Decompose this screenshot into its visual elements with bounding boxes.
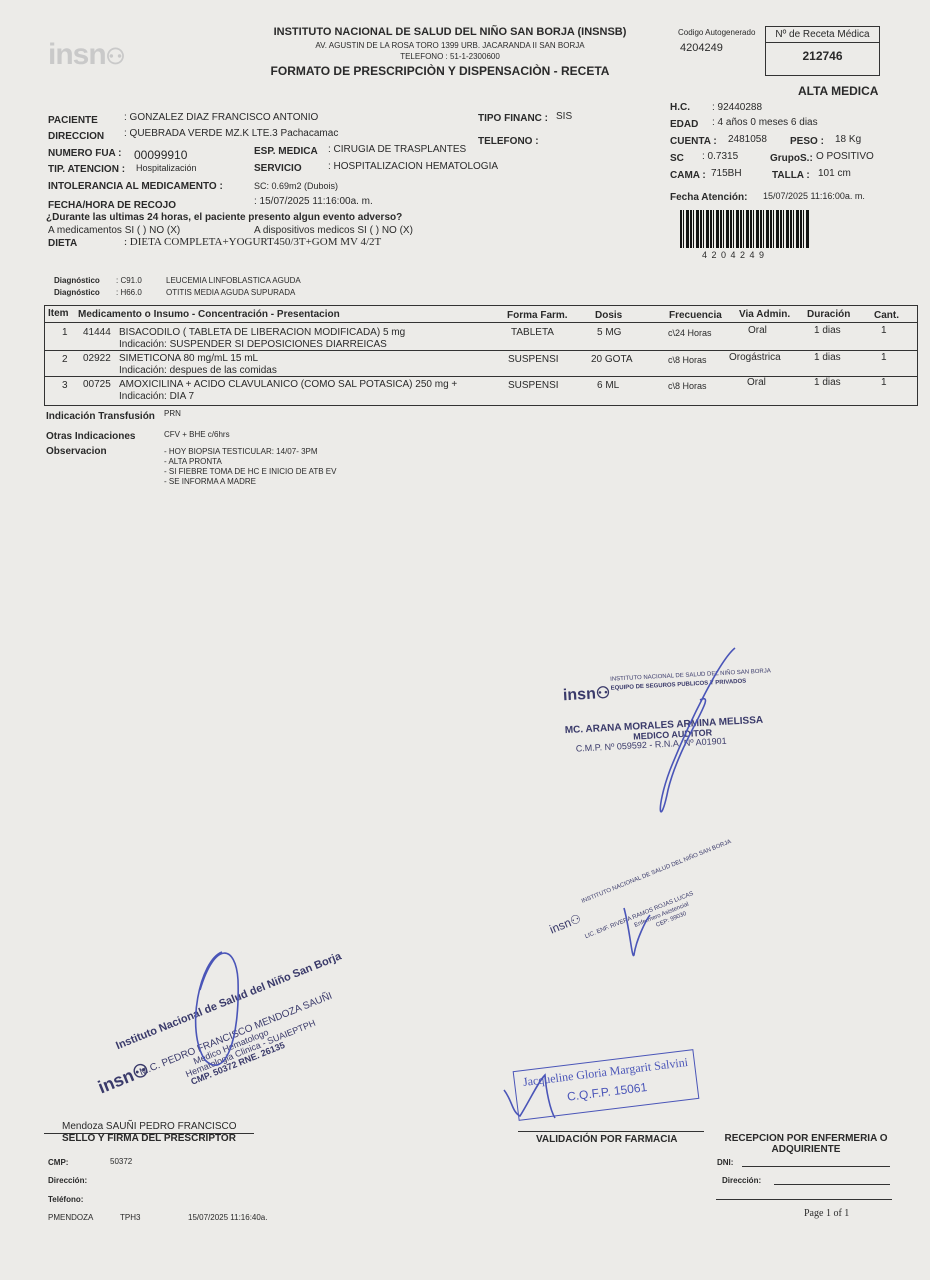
validacion-farmacia-label: VALIDACIÓN POR FARMACIA	[536, 1134, 677, 1145]
signature-line	[716, 1199, 892, 1200]
footer-terminal: TPH3	[120, 1213, 140, 1222]
dni-label: DNI:	[717, 1158, 733, 1167]
footer-telefono-label: Teléfono:	[48, 1195, 83, 1204]
sello-firma-label: SELLO Y FIRMA DEL PRESCRIPTOR	[62, 1133, 236, 1144]
handwritten-signatures	[0, 0, 930, 1280]
direccion-line	[774, 1184, 890, 1185]
pharmacy-signature-line	[518, 1131, 704, 1132]
cmp-label: CMP:	[48, 1158, 68, 1167]
prescriber-name: Mendoza SAUÑI PEDRO FRANCISCO	[62, 1121, 237, 1132]
recepcion-direccion-label: Dirección:	[722, 1176, 761, 1185]
footer-user: PMENDOZA	[48, 1213, 93, 1222]
recepcion-label: RECEPCION POR ENFERMERIA O ADQUIRIENTE	[716, 1133, 896, 1155]
dni-line	[742, 1166, 890, 1167]
page-number: Page 1 of 1	[804, 1208, 849, 1219]
footer-timestamp: 15/07/2025 11:16:40a.	[188, 1213, 267, 1222]
cmp-value: 50372	[110, 1157, 132, 1166]
footer-direccion-label: Dirección:	[48, 1176, 87, 1185]
